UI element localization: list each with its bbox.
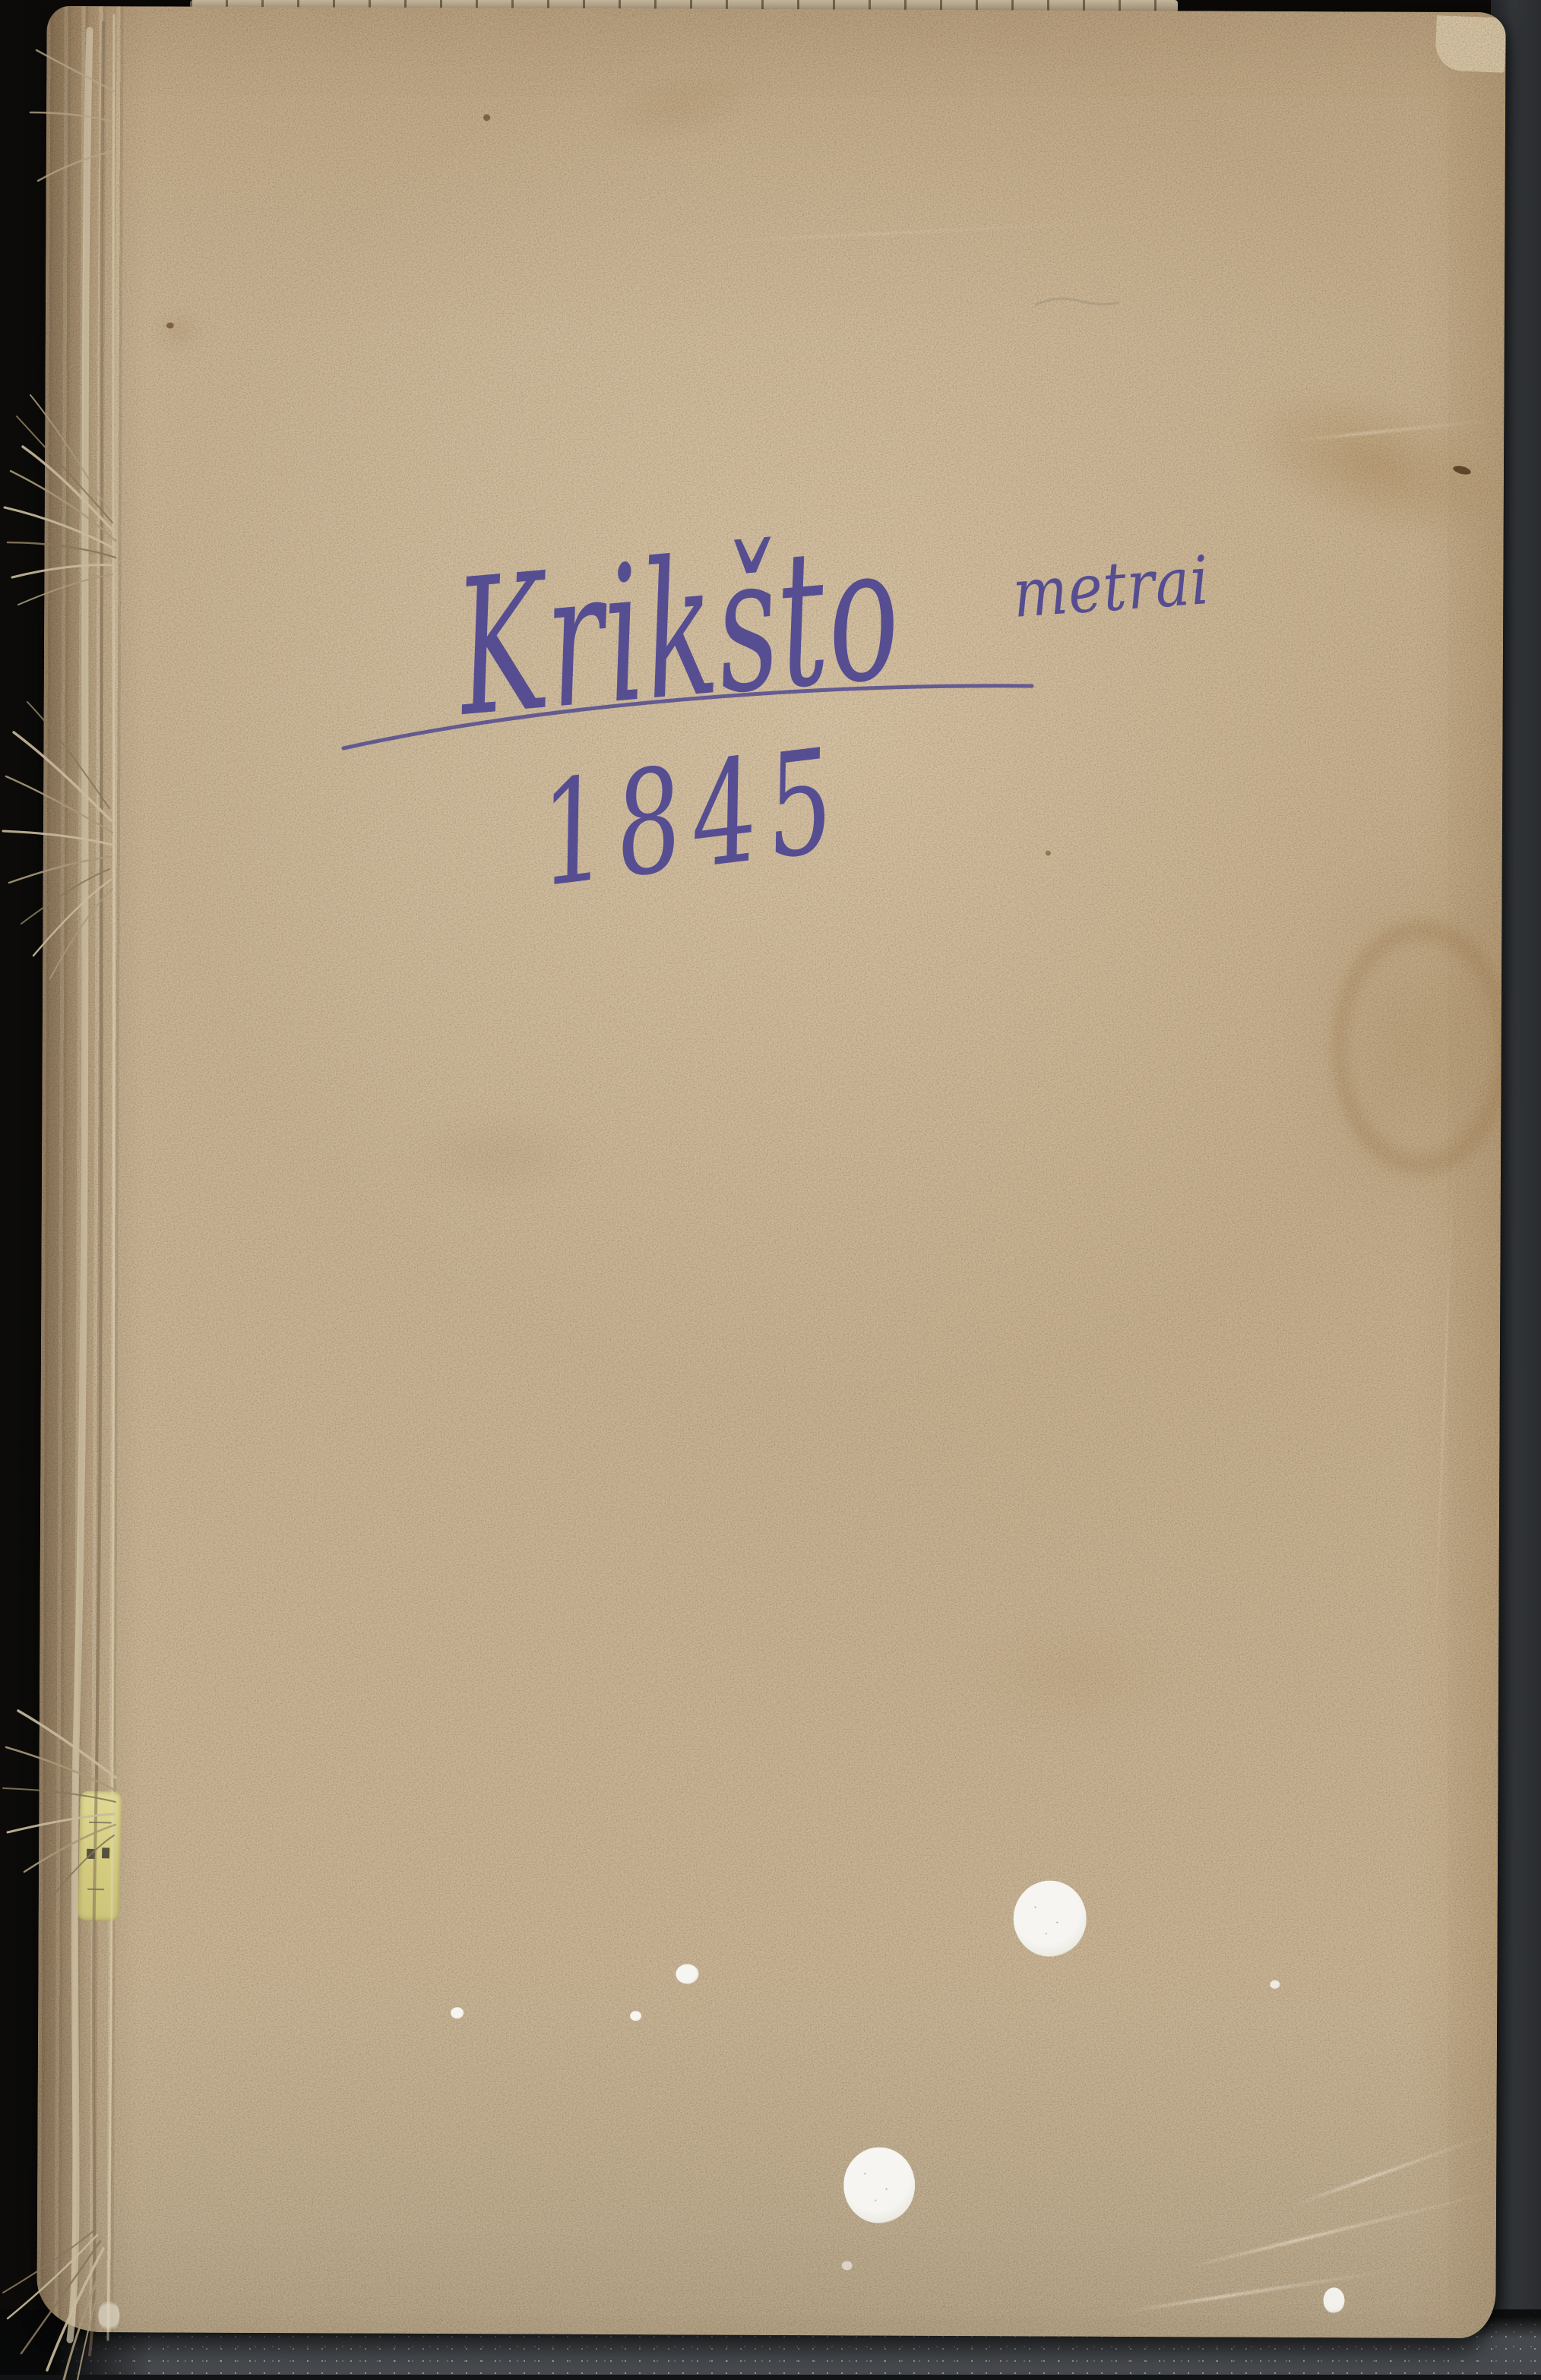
paint-spot: [1270, 1980, 1280, 1989]
ink-speck: [1046, 851, 1051, 856]
paint-spot: [630, 2011, 641, 2021]
pale-spot: [98, 2299, 119, 2332]
label-stamp-mark: [87, 1849, 95, 1859]
spine-edge-shading: [36, 6, 131, 2332]
label-stamp-mark: [102, 1847, 109, 1858]
paint-spot: [676, 1964, 698, 1983]
spine-shelf-label: [78, 1791, 122, 1921]
crease-line: [1293, 2132, 1495, 2206]
crease-line: [1121, 2267, 1407, 2314]
stain: [1220, 357, 1506, 571]
crease-line: [688, 216, 1220, 245]
paper-grain-light: [36, 6, 1505, 2338]
stain: [584, 54, 774, 159]
label-pencil-mark: [89, 1822, 112, 1824]
paint-spot: [451, 2007, 464, 2018]
stain: [395, 1108, 601, 1203]
book-front-cover: [36, 6, 1505, 2338]
paint-spot: [1013, 1880, 1086, 1956]
stain: [955, 1611, 1191, 1737]
stain: [152, 312, 207, 349]
label-pencil-mark: [87, 1889, 104, 1890]
torn-corner-flap: [1435, 15, 1506, 73]
paint-spot: [843, 2147, 915, 2223]
crease-line: [1185, 2190, 1495, 2269]
ink-speck: [483, 114, 490, 121]
paper-grain-dark: [36, 6, 1505, 2338]
scanned-cover-photo: Krikšto metrai 1845: [0, 0, 1541, 2380]
paint-spot: [1323, 2287, 1344, 2313]
paint-spot: [842, 2261, 853, 2270]
ink-speck: [166, 323, 174, 329]
